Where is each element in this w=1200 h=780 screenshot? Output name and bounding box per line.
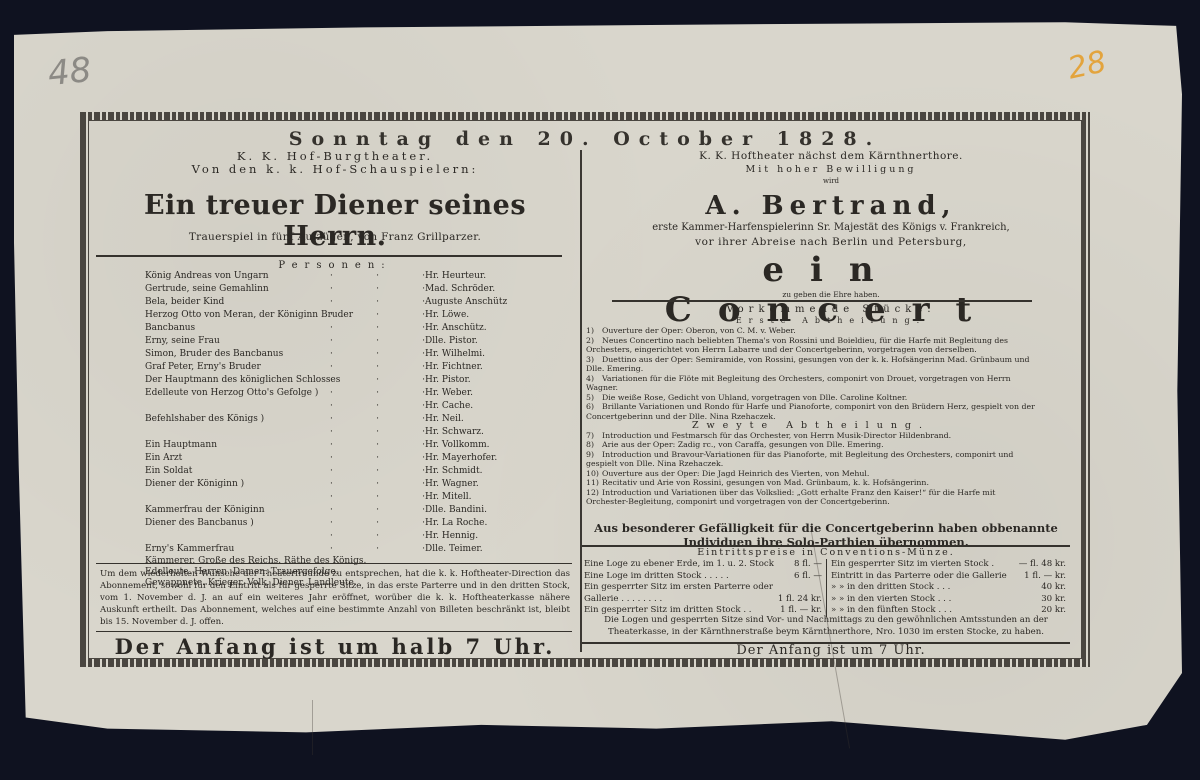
subscription-notice: Um dem wiederholten Wunsche der Theaterf… (100, 568, 570, 628)
cast-row: Bela, beider Kind···Auguste Anschütz (145, 296, 525, 309)
price-label: Ein gesperrter Sitz im ersten Parterre o… (584, 582, 773, 594)
program-item: 4)Variationen für die Flöte mit Begleitu… (586, 374, 1036, 393)
price-row: Gallerie . . . . . . . .1 fl. 24 kr. (584, 594, 822, 606)
price-value: — fl. 48 kr. (1019, 559, 1066, 571)
cast-actor: Hr. Vollkomm. (425, 439, 525, 452)
cast-row: Kammerfrau der Königinn···Dlle. Bandini. (145, 504, 525, 517)
permission-line: Mit hoher Bewilligung (584, 163, 1078, 176)
cast-row: Bancbanus···Hr. Anschütz. (145, 322, 525, 335)
cast-row: ···Hr. Mitell. (145, 491, 525, 504)
price-label: » » in den vierten Stock . . . (831, 594, 951, 606)
leader-dots: ··· (330, 361, 425, 374)
leader-dots: ··· (330, 452, 425, 465)
cast-actor: Hr. Schmidt. (425, 465, 525, 478)
cast-row: Graf Peter, Erny's Bruder···Hr. Fichtner… (145, 361, 525, 374)
cast-actor: Hr. Mitell. (425, 491, 525, 504)
cast-actor: Hr. La Roche. (425, 517, 525, 530)
leader-dots: ··· (330, 465, 425, 478)
program-list: 1)Ouverture der Oper: Oberon, von C. M. … (586, 326, 1036, 507)
program-item: 3)Duettino aus der Oper: Semiramide, von… (586, 355, 1036, 374)
cast-row: Edelleute von Herzog Otto's Gefolge )···… (145, 387, 525, 400)
cast-actor: Hr. Pistor. (425, 374, 525, 387)
program-text: Neues Concertino nach beliebten Thema's … (586, 336, 1008, 355)
program-text: Die weiße Rose, Gedicht von Uhland, vorg… (602, 393, 907, 402)
prices-title: Eintrittspreise in Conventions-Münze. (582, 547, 1070, 558)
program-item: 6)Brillante Variationen und Rondo für Ha… (586, 402, 1036, 421)
leader-dots: ··· (330, 426, 425, 439)
cast-row: Erny's Kammerfrau···Dlle. Teimer. (145, 543, 525, 556)
price-row: » » in den vierten Stock . . .30 kr. (831, 594, 1066, 606)
leader-dots: ··· (330, 335, 425, 348)
cast-row: Der Hauptmann des königlichen Schlosses·… (145, 374, 525, 387)
price-label: Eintritt in das Parterre oder die Galler… (831, 571, 1007, 583)
price-value: 40 kr. (1041, 582, 1066, 594)
cast-actor: Hr. Heurteur. (425, 270, 525, 283)
start-time-burgtheater: Der Anfang ist um halb 7 Uhr. (92, 634, 578, 659)
cast-row: ···Hr. Schwarz. (145, 426, 525, 439)
program-item: 10)Ouverture aus der Oper: Die Jagd Hein… (586, 469, 1036, 479)
performance-date: Sonntag den 20. October 1828. (89, 128, 1081, 150)
leader-dots: ··· (330, 283, 425, 296)
price-label: Eine Loge im dritten Stock . . . . . (584, 571, 729, 583)
cast-actor: Hr. Cache. (425, 400, 525, 413)
leader-dots: ··· (330, 517, 425, 530)
cast-row: Herzog Otto von Meran, der Königinn Brud… (145, 309, 525, 322)
program-item: 9)Introduction und Bravour-Variationen f… (586, 450, 1036, 469)
cast-actor: Dlle. Pistor. (425, 335, 525, 348)
program-number: 9) (586, 450, 602, 460)
program-text: Introduction und Bravour-Variationen für… (586, 450, 1013, 469)
cast-row: Gertrude, seine Gemahlinn···Mad. Schröde… (145, 283, 525, 296)
event-subtitle: zu geben die Ehre haben. (584, 290, 1078, 299)
program-text: Introduction und Festmarsch für das Orch… (602, 431, 951, 440)
cast-row: Diener der Königinn )···Hr. Wagner. (145, 478, 525, 491)
program-number: 1) (586, 326, 602, 336)
rule (96, 255, 562, 257)
cast-row: ···Hr. Hennig. (145, 530, 525, 543)
program-text: Arie aus der Oper: Zadig rc., von Caraff… (602, 440, 884, 449)
rule (612, 300, 1032, 302)
program-number: 4) (586, 374, 602, 384)
price-value: 1 fl. — kr. (1024, 571, 1066, 583)
rule (96, 631, 572, 632)
program-item: 5)Die weiße Rose, Gedicht von Uhland, vo… (586, 393, 1036, 403)
cast-actor: Hr. Anschütz. (425, 322, 525, 335)
program-number: 10) (586, 469, 602, 479)
leader-dots: ··· (330, 322, 425, 335)
program-heading: Vorkommende Stücke: (584, 304, 1078, 315)
cast-actor: Hr. Hennig. (425, 530, 525, 543)
leader-dots: ··· (330, 530, 425, 543)
part2-heading: Zweyte Abtheilung. (586, 421, 1036, 431)
program-number: 2) (586, 336, 602, 346)
leader-dots: ··· (330, 478, 425, 491)
cast-actor: Hr. Schwarz. (425, 426, 525, 439)
performer-name: A. Bertrand, (584, 191, 1078, 221)
play-subtitle: Trauerspiel in fünf Aufzügen, von Franz … (92, 231, 578, 243)
leader-dots: ··· (330, 374, 425, 387)
program-number: 7) (586, 431, 602, 441)
leader-dots: ··· (330, 543, 425, 556)
program-item: 11)Recitativ und Arie von Rossini, gesun… (586, 478, 1036, 488)
company-line: Von den k. k. Hof-Schauspielern: (92, 163, 578, 176)
price-row: Eine Loge im dritten Stock . . . . .6 fl… (584, 571, 822, 583)
wird-line: wird (584, 177, 1078, 185)
leader-dots: ··· (330, 309, 425, 322)
program-text: Ouverture aus der Oper: Die Jagd Heinric… (602, 469, 869, 478)
cast-actor: Auguste Anschütz (425, 296, 525, 309)
cast-actor: Mad. Schröder. (425, 283, 525, 296)
price-row: Eine Loge zu ebener Erde, im 1. u. 2. St… (584, 559, 822, 571)
price-row: Eintritt in das Parterre oder die Galler… (831, 571, 1066, 583)
program-item: 8)Arie aus der Oper: Zadig rc., von Cara… (586, 440, 1036, 450)
cast-actor: Hr. Mayerhofer. (425, 452, 525, 465)
program-text: Ouverture der Oper: Oberon, von C. M. v.… (602, 326, 796, 335)
cast-actor: Dlle. Bandini. (425, 504, 525, 517)
paper-crease (312, 700, 313, 755)
program-number: 8) (586, 440, 602, 450)
leader-dots: ··· (330, 439, 425, 452)
leader-dots: ··· (330, 296, 425, 309)
program-number: 11) (586, 478, 602, 488)
rule (96, 563, 572, 564)
performer-departure: vor ihrer Abreise nach Berlin und Peters… (584, 236, 1078, 248)
program-number: 6) (586, 402, 602, 412)
program-text: Duettino aus der Oper: Semiramide, von R… (586, 355, 1030, 374)
cast-list: König Andreas von Ungarn···Hr. Heurteur.… (145, 270, 525, 589)
price-label: Gallerie . . . . . . . . (584, 594, 662, 606)
cast-row: Ein Soldat···Hr. Schmidt. (145, 465, 525, 478)
leader-dots: ··· (330, 400, 425, 413)
leader-dots: ··· (330, 348, 425, 361)
cast-row: Simon, Bruder des Bancbanus···Hr. Wilhel… (145, 348, 525, 361)
leader-dots: ··· (330, 270, 425, 283)
cast-row: Befehlshaber des Königs )···Hr. Neil. (145, 413, 525, 426)
cast-row: ···Hr. Cache. (145, 400, 525, 413)
program-item: 7)Introduction und Festmarsch für das Or… (586, 431, 1036, 441)
cast-actor: Hr. Neil. (425, 413, 525, 426)
cast-actor: Hr. Wilhelmi. (425, 348, 525, 361)
program-text: Recitativ und Arie von Rossini, gesungen… (602, 478, 929, 487)
prices-right-list: Ein gesperrter Sitz im vierten Stock .— … (826, 559, 1066, 617)
price-label: » » in den dritten Stock . . . (831, 582, 950, 594)
leader-dots: ··· (330, 504, 425, 517)
price-row: » » in den dritten Stock . . .40 kr. (831, 582, 1066, 594)
program-item: 12)Introduction und Variationen über das… (586, 488, 1036, 507)
program-number: 3) (586, 355, 602, 365)
cast-row: Diener des Bancbanus )···Hr. La Roche. (145, 517, 525, 530)
program-item: 2)Neues Concertino nach beliebten Thema'… (586, 336, 1036, 355)
program-text: Brillante Variationen und Rondo für Harf… (586, 402, 1035, 421)
price-value: 30 kr. (1041, 594, 1066, 606)
cast-row: Ein Hauptmann···Hr. Vollkomm. (145, 439, 525, 452)
cast-row: Erny, seine Frau···Dlle. Pistor. (145, 335, 525, 348)
cast-row: König Andreas von Ungarn···Hr. Heurteur. (145, 270, 525, 283)
part1-heading: Erste Abtheilung. (584, 316, 1078, 325)
extras-line: Kämmerer. Große des Reichs. Räthe des Kö… (145, 556, 525, 567)
cast-actor: Hr. Löwe. (425, 309, 525, 322)
price-row: Ein gesperrter Sitz im ersten Parterre o… (584, 582, 822, 594)
cast-actor: Hr. Fichtner. (425, 361, 525, 374)
price-label: Ein gesperrter Sitz im vierten Stock . (831, 559, 994, 571)
leader-dots: ··· (330, 491, 425, 504)
program-item: 1)Ouverture der Oper: Oberon, von C. M. … (586, 326, 1036, 336)
program-number: 12) (586, 488, 602, 498)
leader-dots: ··· (330, 413, 425, 426)
program-text: Variationen für die Flöte mit Begleitung… (586, 374, 1011, 393)
cast-actor: Hr. Weber. (425, 387, 525, 400)
prices-left-list: Eine Loge zu ebener Erde, im 1. u. 2. St… (584, 559, 822, 617)
price-value: 1 fl. 24 kr. (778, 594, 822, 606)
cast-actor: Hr. Wagner. (425, 478, 525, 491)
program-number: 5) (586, 393, 602, 403)
pencil-annotation: 48 (46, 50, 93, 94)
price-row: Ein gesperrter Sitz im vierten Stock .— … (831, 559, 1066, 571)
cast-actor: Dlle. Teimer. (425, 543, 525, 556)
admission-prices: Eintrittspreise in Conventions-Münze. Ei… (582, 545, 1070, 644)
program-text: Introduction und Variationen über das Vo… (586, 488, 995, 507)
price-label: Eine Loge zu ebener Erde, im 1. u. 2. St… (584, 559, 774, 571)
leader-dots: ··· (330, 387, 425, 400)
kaerntnertor-heading: K. K. Hoftheater nächst dem Kärnthnertho… (584, 150, 1078, 163)
performer-description: erste Kammer-Harfenspielerinn Sr. Majest… (584, 222, 1078, 233)
cast-row: Ein Arzt···Hr. Mayerhofer. (145, 452, 525, 465)
